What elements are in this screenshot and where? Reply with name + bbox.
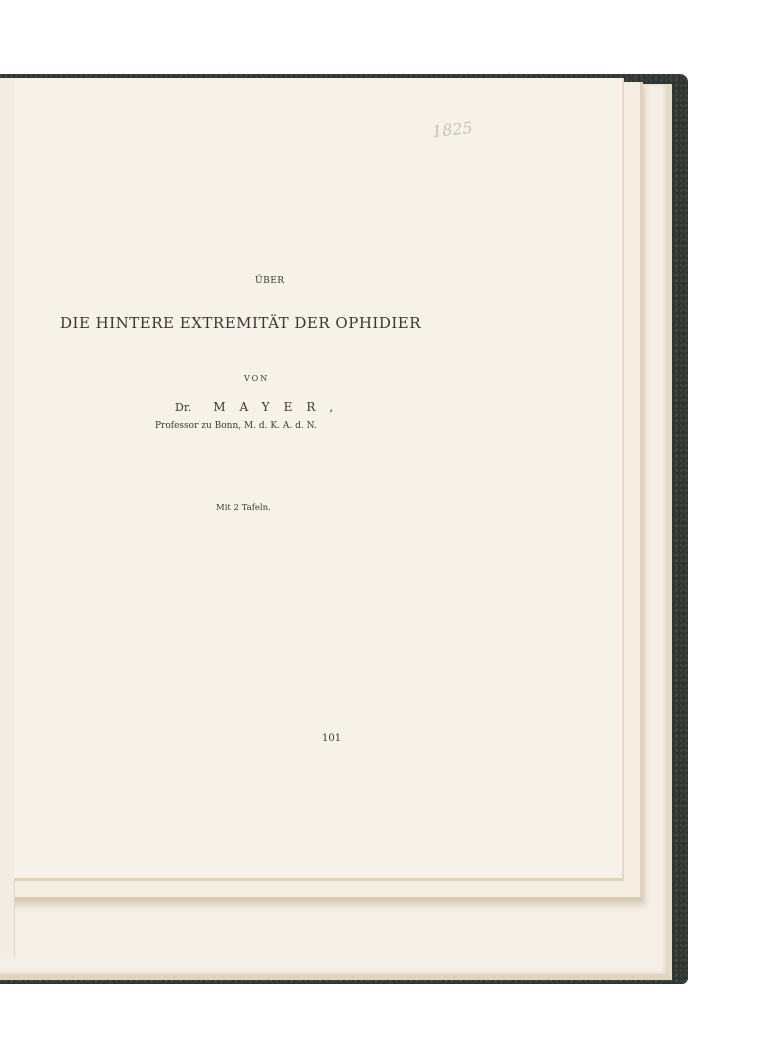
main-title: DIE HINTERE EXTREMITÄT DER OPHIDIER bbox=[60, 314, 421, 332]
title-page bbox=[14, 78, 624, 881]
left-page-edge bbox=[0, 78, 15, 958]
plates-note: Mit 2 Tafeln. bbox=[216, 503, 271, 513]
author-prefix: Dr. bbox=[175, 401, 191, 414]
author-affiliation: Professor zu Bonn, M. d. K. A. d. N. bbox=[155, 421, 317, 431]
ueber-heading: ÜBER bbox=[255, 276, 285, 286]
author-name: MAYER, bbox=[213, 400, 347, 414]
page-number: 101 bbox=[322, 733, 341, 744]
author-line: Dr. MAYER, bbox=[175, 400, 347, 414]
von-label: VON bbox=[244, 374, 269, 383]
